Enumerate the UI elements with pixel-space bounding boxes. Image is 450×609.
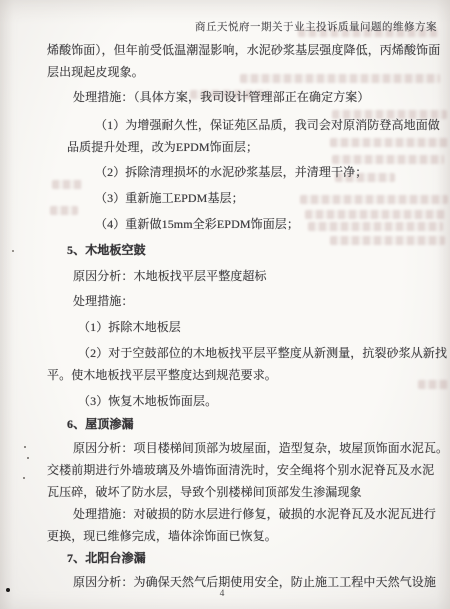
scan-speck bbox=[12, 250, 14, 252]
doc-paragraph: （2）对于空鼓部位的木地板找平层平整度从新测量，抗裂砂浆从新找 平。使木地板找平… bbox=[47, 342, 442, 386]
doc-paragraph: 处理措施： bbox=[47, 290, 442, 312]
doc-paragraph: （2）拆除清理损坏的水泥砂浆基层，并清理干净； bbox=[67, 161, 442, 183]
section-heading: 6、屋顶渗漏 bbox=[47, 413, 442, 435]
scan-speck bbox=[27, 457, 29, 459]
scan-speck bbox=[24, 446, 26, 448]
doc-paragraph: （3）恢复木地板饰面层。 bbox=[47, 390, 442, 412]
document-body: 烯酸饰面），但年前受低温潮湿影响，水泥砂浆基层强度降低，丙烯酸饰面 层出现起皮现… bbox=[47, 39, 442, 593]
doc-paragraph: （3）重新施工EPDM基层； bbox=[67, 187, 442, 209]
doc-paragraph: （4）重新做15mm全彩EPDM饰面层； bbox=[67, 213, 442, 235]
document-header-title: 商丘天悦府一期关于业主投诉质量问题的维修方案 bbox=[195, 20, 437, 36]
scan-speck bbox=[23, 477, 25, 479]
doc-paragraph: 原因分析：项目楼梯间顶部为坡屋面，造型复杂，坡屋顶饰面水泥瓦。 交楼前期进行外墙… bbox=[47, 437, 442, 503]
page-number: 4 bbox=[0, 589, 444, 599]
section-heading: 5、木地板空鼓 bbox=[47, 239, 442, 261]
doc-paragraph: （1）拆除木地板层 bbox=[47, 316, 442, 338]
doc-paragraph: 处理措施：对破损的防水层进行修复，破损的水泥脊瓦及水泥瓦进行 更换，现已维修完成… bbox=[47, 503, 442, 547]
scanned-document-page: 商丘天悦府一期关于业主投诉质量问题的维修方案 烯酸饰面），但年前受低温潮湿影响，… bbox=[0, 0, 450, 609]
doc-paragraph: 处理措施：（具体方案，我司设计管理部正在确定方案） bbox=[47, 86, 442, 108]
section-heading: 7、北阳台渗漏 bbox=[47, 547, 442, 569]
doc-paragraph: （1）为增强耐久性，保证苑区品质，我司会对原消防登高地面做 品质提升处理，改为E… bbox=[67, 114, 442, 158]
doc-paragraph: 烯酸饰面），但年前受低温潮湿影响，水泥砂浆基层强度降低，丙烯酸饰面 层出现起皮现… bbox=[47, 39, 442, 83]
doc-paragraph: 原因分析：木地板找平层平整度超标 bbox=[47, 265, 442, 287]
